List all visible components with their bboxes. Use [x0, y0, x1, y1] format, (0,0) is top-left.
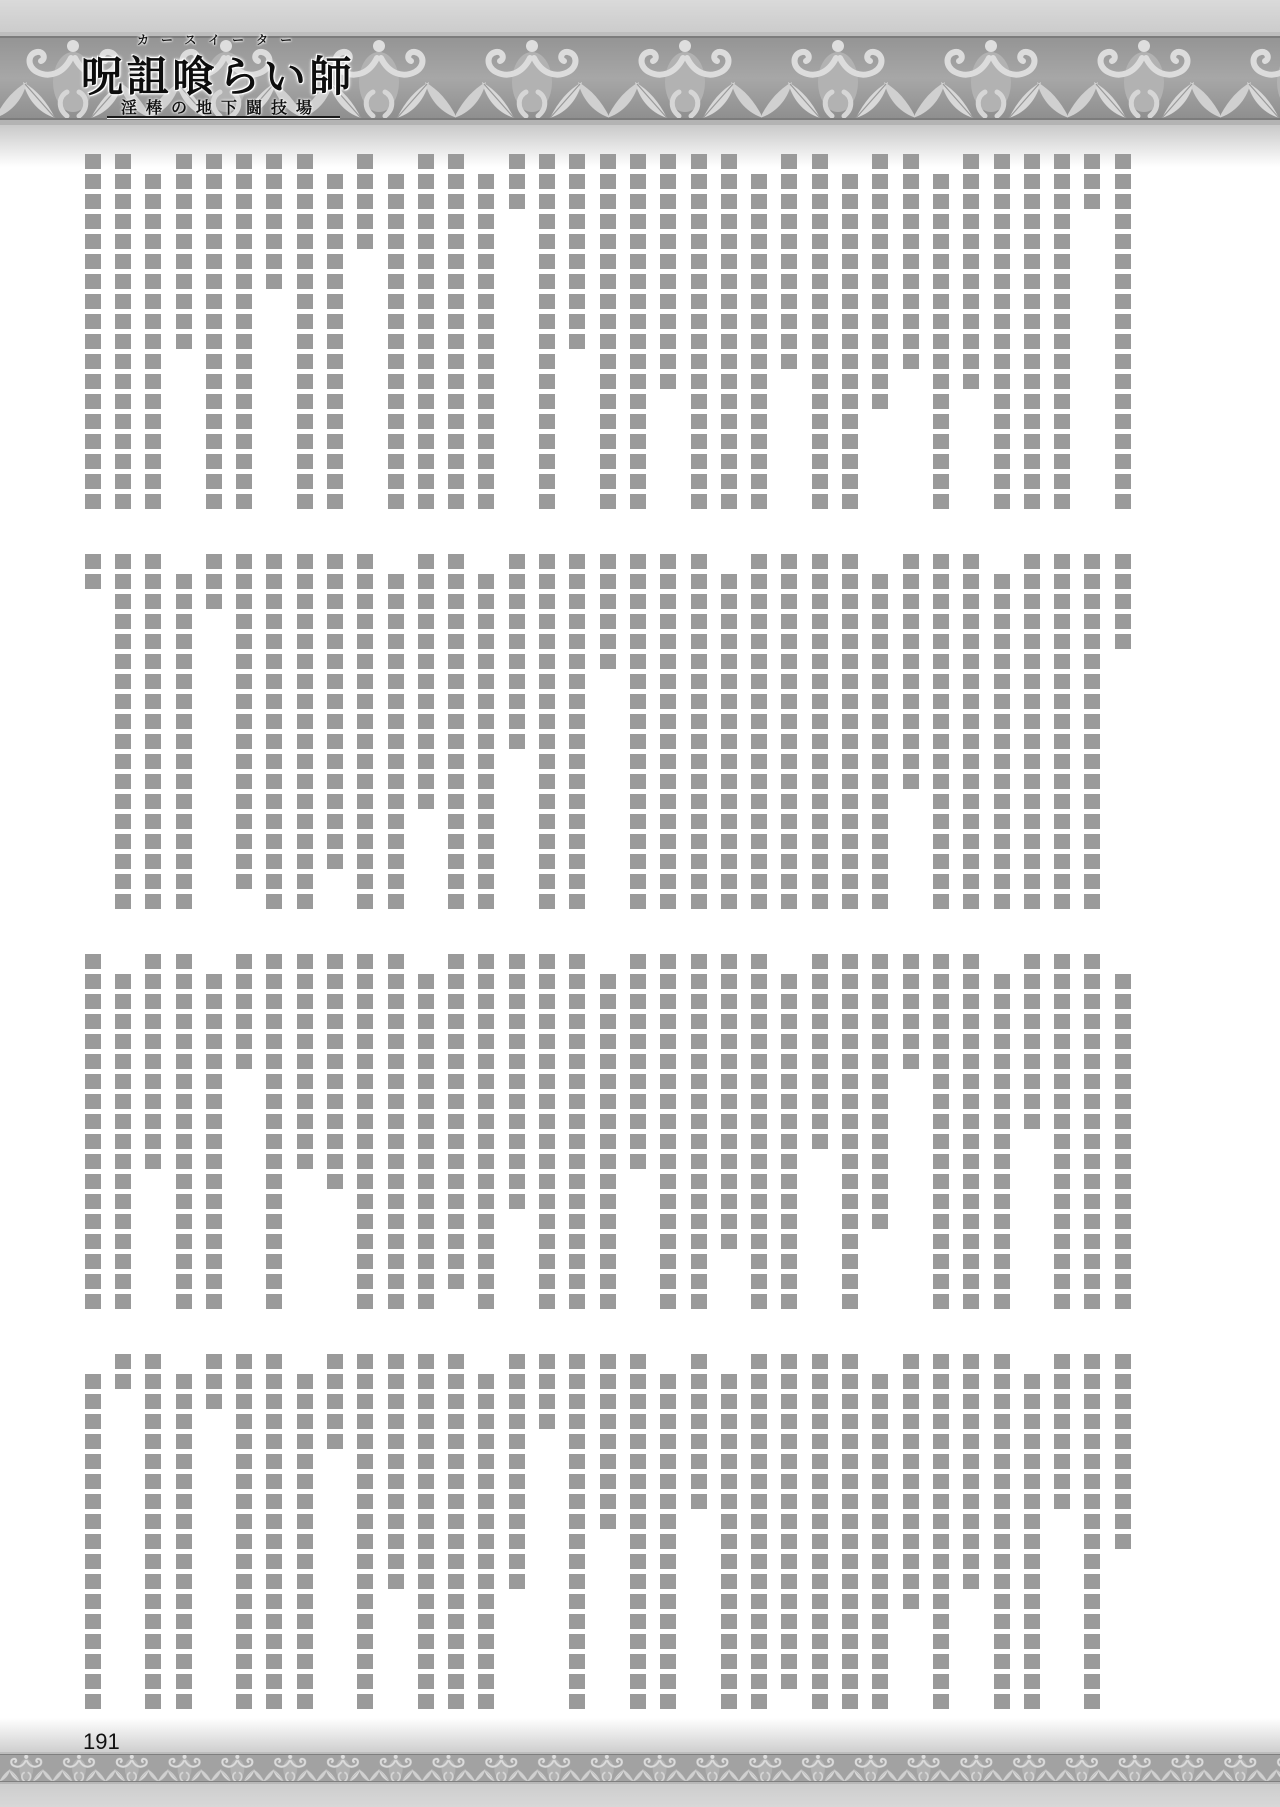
text-column [1108, 1352, 1138, 1714]
text-column [320, 952, 350, 1314]
text-tier-1 [77, 152, 1138, 514]
text-line [357, 1354, 373, 1710]
text-column [926, 552, 956, 914]
text-column [502, 152, 532, 514]
text-line [297, 954, 313, 1170]
text-line [236, 554, 252, 890]
text-column [169, 952, 199, 1314]
text-line [327, 954, 343, 1190]
text-line [266, 154, 282, 290]
text-column [532, 552, 562, 914]
text-column [774, 552, 804, 914]
text-column [987, 152, 1017, 514]
text-column [532, 152, 562, 514]
text-line [751, 954, 767, 1310]
text-line [1054, 554, 1070, 910]
text-column [1017, 152, 1047, 514]
text-column [290, 552, 320, 914]
text-line [660, 554, 676, 910]
text-column [350, 1352, 380, 1714]
text-column [78, 552, 108, 914]
text-line [630, 554, 646, 910]
text-line [1024, 554, 1040, 910]
text-column [562, 152, 592, 514]
text-column [865, 1352, 895, 1714]
text-line [176, 154, 192, 350]
text-column [259, 1352, 289, 1714]
text-line [933, 1354, 949, 1710]
text-line [933, 174, 949, 510]
text-line [781, 1354, 797, 1690]
text-column [1017, 552, 1047, 914]
text-column [835, 952, 865, 1314]
text-column [805, 552, 835, 914]
text-column [259, 552, 289, 914]
text-column [411, 552, 441, 914]
text-line [85, 554, 101, 590]
text-line [963, 154, 979, 390]
text-line [206, 554, 222, 610]
text-line [266, 1354, 282, 1710]
text-line [418, 554, 434, 810]
text-line [1054, 154, 1070, 510]
text-line [236, 954, 252, 1070]
text-column [290, 152, 320, 514]
text-line [842, 1354, 858, 1710]
text-line [1084, 954, 1100, 1310]
text-column [108, 152, 138, 514]
text-column [78, 152, 108, 514]
text-line [1054, 1354, 1070, 1510]
text-column [108, 952, 138, 1314]
text-line [569, 1354, 585, 1710]
text-line [448, 1354, 464, 1710]
text-line [963, 554, 979, 910]
text-line [418, 1354, 434, 1710]
text-column [138, 152, 168, 514]
text-line [509, 154, 525, 210]
text-column [1017, 1352, 1047, 1714]
text-line [691, 154, 707, 510]
text-line [721, 1374, 737, 1710]
text-column [199, 952, 229, 1314]
text-line [660, 154, 676, 390]
text-column [593, 552, 623, 914]
text-line [721, 954, 737, 1250]
text-line [721, 574, 737, 910]
text-column [623, 952, 653, 1314]
text-line [569, 554, 585, 910]
text-column [744, 952, 774, 1314]
text-column [987, 952, 1017, 1314]
text-line [236, 1354, 252, 1710]
text-column [774, 1352, 804, 1714]
text-line [478, 954, 494, 1310]
text-line [176, 574, 192, 910]
text-line [478, 574, 494, 910]
text-column [684, 1352, 714, 1714]
text-column [562, 1352, 592, 1714]
text-line [115, 974, 131, 1310]
text-column [1077, 952, 1107, 1314]
text-line [539, 154, 555, 510]
text-line [691, 954, 707, 1310]
text-line [994, 154, 1010, 510]
text-line [1115, 1354, 1131, 1550]
footer-ornament-band [0, 1752, 1280, 1784]
text-column [532, 952, 562, 1314]
text-line [176, 954, 192, 1310]
text-column [381, 1352, 411, 1714]
text-line [85, 154, 101, 510]
text-column [744, 1352, 774, 1714]
text-column [320, 552, 350, 914]
text-column [987, 552, 1017, 914]
text-column [926, 152, 956, 514]
text-column [1047, 1352, 1077, 1714]
text-line [418, 154, 434, 510]
text-column [108, 552, 138, 914]
text-column [320, 152, 350, 514]
text-line [903, 554, 919, 790]
text-line [1115, 154, 1131, 510]
text-column [805, 1352, 835, 1714]
text-column [471, 552, 501, 914]
text-column [1077, 552, 1107, 914]
text-column [441, 952, 471, 1314]
text-line [539, 954, 555, 1310]
text-column [805, 152, 835, 514]
text-line [509, 1354, 525, 1590]
text-line [842, 554, 858, 910]
text-column [956, 1352, 986, 1714]
text-column [108, 1352, 138, 1714]
text-column [229, 552, 259, 914]
text-line [933, 954, 949, 1310]
text-line [266, 554, 282, 910]
text-column [896, 552, 926, 914]
text-line [297, 1374, 313, 1710]
text-tier-3 [77, 952, 1138, 1314]
text-column [138, 1352, 168, 1714]
text-line [478, 1374, 494, 1710]
text-line [872, 574, 888, 910]
text-column [896, 952, 926, 1314]
text-column [865, 152, 895, 514]
text-line [812, 954, 828, 1150]
text-column [653, 552, 683, 914]
text-line [539, 1354, 555, 1430]
text-column [1017, 952, 1047, 1314]
text-column [774, 152, 804, 514]
text-line [600, 554, 616, 670]
text-line [781, 154, 797, 370]
text-line [236, 154, 252, 510]
text-line [176, 1374, 192, 1710]
text-line [297, 154, 313, 510]
text-line [357, 154, 373, 250]
text-column [714, 952, 744, 1314]
text-line [600, 974, 616, 1310]
text-line [630, 1354, 646, 1710]
text-line [630, 954, 646, 1170]
text-column [290, 1352, 320, 1714]
text-line [660, 954, 676, 1310]
text-column [229, 1352, 259, 1714]
text-line [751, 174, 767, 510]
text-line [1084, 1354, 1100, 1710]
text-line [1084, 554, 1100, 910]
text-line [327, 174, 343, 510]
text-line [781, 554, 797, 910]
text-column [350, 152, 380, 514]
footer-shadow [0, 1718, 1280, 1752]
text-column [441, 152, 471, 514]
text-column [259, 152, 289, 514]
text-line [357, 954, 373, 1310]
text-column [169, 552, 199, 914]
text-column [411, 1352, 441, 1714]
text-line [145, 174, 161, 510]
text-line [388, 574, 404, 910]
text-line [327, 1354, 343, 1450]
text-line [994, 1354, 1010, 1710]
text-line [812, 154, 828, 510]
text-column [532, 1352, 562, 1714]
text-line [781, 974, 797, 1310]
text-column [1047, 552, 1077, 914]
text-line [145, 954, 161, 1170]
text-line [478, 174, 494, 510]
text-line [115, 554, 131, 910]
text-column [987, 1352, 1017, 1714]
text-line [842, 954, 858, 1310]
text-column [562, 952, 592, 1314]
text-line [812, 1354, 828, 1710]
text-tier-2 [77, 552, 1138, 914]
text-column [1077, 1352, 1107, 1714]
text-line [357, 554, 373, 910]
text-column [290, 952, 320, 1314]
text-line [448, 154, 464, 510]
text-line [751, 1354, 767, 1710]
text-line [1024, 1374, 1040, 1710]
ornament-pattern-icon [0, 1752, 1280, 1784]
text-column [320, 1352, 350, 1714]
text-column [835, 1352, 865, 1714]
text-line [903, 954, 919, 1070]
text-column [471, 152, 501, 514]
text-line [297, 554, 313, 910]
text-column [714, 1352, 744, 1714]
book-title-block: カースイーター 呪詛喰らい師 淫棒の地下闘技場 [0, 0, 420, 130]
text-column [653, 952, 683, 1314]
text-line [1115, 974, 1131, 1310]
text-line [1115, 554, 1131, 650]
text-column [684, 952, 714, 1314]
text-line [994, 974, 1010, 1310]
text-column [593, 952, 623, 1314]
text-column [896, 152, 926, 514]
text-line [569, 154, 585, 350]
text-column [623, 152, 653, 514]
text-line [872, 1374, 888, 1710]
text-line [600, 154, 616, 510]
text-column [259, 952, 289, 1314]
text-column [714, 152, 744, 514]
text-line [145, 554, 161, 910]
text-column [623, 1352, 653, 1714]
text-column [805, 952, 835, 1314]
text-column [350, 952, 380, 1314]
footer-bottom-strip [0, 1784, 1280, 1807]
text-line [448, 954, 464, 1290]
text-line [751, 554, 767, 910]
text-column [926, 1352, 956, 1714]
text-column [78, 952, 108, 1314]
text-column [502, 552, 532, 914]
text-column [441, 1352, 471, 1714]
text-column [381, 152, 411, 514]
text-line [903, 1354, 919, 1610]
text-column [714, 552, 744, 914]
text-column [411, 152, 441, 514]
text-line [509, 554, 525, 750]
text-column [471, 1352, 501, 1714]
text-line [600, 1354, 616, 1530]
text-line [206, 974, 222, 1310]
text-line [145, 1354, 161, 1710]
text-column [138, 552, 168, 914]
text-line [691, 554, 707, 910]
text-line [812, 554, 828, 910]
text-column [865, 552, 895, 914]
text-line [206, 154, 222, 510]
text-line [85, 954, 101, 1310]
text-line [388, 954, 404, 1310]
text-column [744, 152, 774, 514]
text-line [206, 1354, 222, 1410]
text-column [653, 1352, 683, 1714]
text-line [1024, 154, 1040, 510]
text-column [199, 1352, 229, 1714]
text-line [630, 154, 646, 510]
text-column [835, 552, 865, 914]
text-column [956, 152, 986, 514]
text-line [963, 1354, 979, 1590]
text-line [721, 154, 737, 510]
text-line [994, 574, 1010, 910]
text-line [509, 954, 525, 1210]
text-column [229, 152, 259, 514]
text-column [744, 552, 774, 914]
book-subtitle: 淫棒の地下闘技場 [121, 95, 321, 118]
text-line [539, 554, 555, 910]
text-column [593, 1352, 623, 1714]
text-column [199, 552, 229, 914]
text-line [933, 554, 949, 910]
text-column [1077, 152, 1107, 514]
text-column [199, 152, 229, 514]
text-column [350, 552, 380, 914]
text-line [872, 154, 888, 410]
text-column [381, 952, 411, 1314]
text-column [169, 1352, 199, 1714]
text-column [865, 952, 895, 1314]
text-line [85, 1374, 101, 1710]
text-column [1108, 552, 1138, 914]
text-column [684, 552, 714, 914]
text-line [660, 1374, 676, 1710]
text-tier-4 [77, 1352, 1138, 1714]
text-column [1108, 952, 1138, 1314]
text-column [78, 1352, 108, 1714]
text-line [418, 974, 434, 1310]
text-column [926, 952, 956, 1314]
text-column [1047, 952, 1077, 1314]
text-column [653, 152, 683, 514]
text-line [388, 1354, 404, 1590]
text-line [327, 554, 343, 870]
text-column [229, 952, 259, 1314]
text-line [963, 954, 979, 1310]
text-line [115, 154, 131, 510]
text-column [956, 952, 986, 1314]
text-column [138, 952, 168, 1314]
text-line [842, 174, 858, 510]
text-column [593, 152, 623, 514]
text-column [471, 952, 501, 1314]
text-column [1108, 152, 1138, 514]
text-column [623, 552, 653, 914]
text-column [774, 952, 804, 1314]
text-line [1054, 954, 1070, 1310]
text-line [115, 1354, 131, 1390]
text-column [381, 552, 411, 914]
text-column [502, 952, 532, 1314]
text-line [266, 954, 282, 1310]
text-column [502, 1352, 532, 1714]
text-column [684, 152, 714, 514]
text-column [562, 552, 592, 914]
text-column [411, 952, 441, 1314]
text-line [903, 154, 919, 370]
text-line [569, 954, 585, 1310]
text-column [1047, 152, 1077, 514]
text-column [835, 152, 865, 514]
subtitle-underline [107, 116, 340, 118]
text-line [1084, 154, 1100, 210]
text-column [956, 552, 986, 914]
text-line [448, 554, 464, 910]
text-column [441, 552, 471, 914]
text-line [691, 1354, 707, 1510]
text-line [1024, 954, 1040, 1130]
text-column [896, 1352, 926, 1714]
text-line [872, 954, 888, 1230]
text-line [388, 174, 404, 510]
text-column [169, 152, 199, 514]
